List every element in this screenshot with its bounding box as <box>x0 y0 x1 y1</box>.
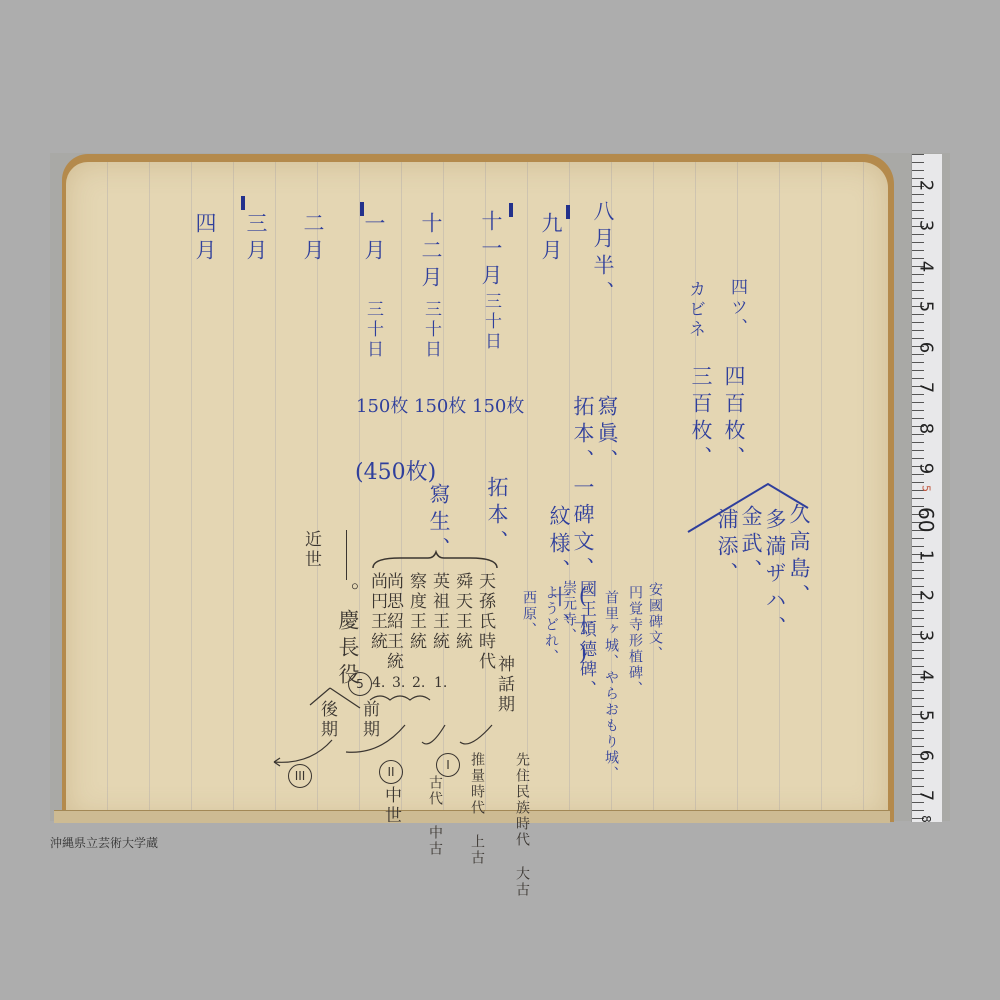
place-sogenji: 崇元寺、 <box>562 580 576 644</box>
dynasty-brace-top <box>370 550 500 570</box>
ruler-tick: 3 <box>916 216 937 236</box>
period-3-badge: III <box>288 764 312 788</box>
ruler-tick: 9 <box>916 459 937 479</box>
place-nishihara: 西原、 <box>522 590 536 638</box>
month-august: 八月半、 <box>592 200 613 308</box>
month-november: 十一月 <box>480 210 501 291</box>
ruler-tick: 8 <box>916 419 937 439</box>
ruler-tick: 7 <box>916 378 937 398</box>
kinsei-label: 近世 <box>302 530 319 570</box>
period-suiryo-label: 推量時代 上古 <box>470 752 484 866</box>
ruler-tick: 4 <box>916 666 937 686</box>
dynasty-satto: 察度王統 <box>407 572 424 652</box>
castles: 首里ヶ城、やらおもり城、 <box>604 590 618 782</box>
ruler-tick: 4 <box>916 257 937 277</box>
count-four: 四ツ、 <box>728 278 745 338</box>
early-period: 前期 <box>360 700 377 740</box>
total-count: (450枚) <box>355 455 436 486</box>
ruler-tick: 2 <box>916 176 937 196</box>
ruler-red-marker: 5 <box>920 479 933 499</box>
place-kin: 金武、 <box>740 505 761 586</box>
month-december: 十二月 <box>420 212 441 293</box>
month-march: 三月 <box>245 212 266 266</box>
dynasty-tenson: 天孫氏時代 <box>476 572 493 672</box>
ruler-tick: 3 <box>916 626 937 646</box>
ruler-tick: 8 <box>919 809 933 829</box>
days-january: 三十日 <box>364 300 381 360</box>
count-november: 150枚 <box>472 392 524 418</box>
takuhon-label: 拓本、 <box>486 476 507 557</box>
count-four-hundred: 四百枚、 <box>723 365 744 473</box>
period-1-label: 古代 中古 <box>428 775 442 857</box>
place-urasoe: 浦添、 <box>716 508 737 589</box>
ruler-tick: 6 <box>916 746 937 766</box>
days-december: 三十日 <box>422 300 439 360</box>
period-2-badge: II <box>379 760 403 784</box>
period-1-badge: I <box>436 753 460 777</box>
place-yodore: ようどれ、 <box>544 585 558 665</box>
ruler-tick: 1 <box>916 546 937 566</box>
film-kabine: カビネ <box>686 280 703 340</box>
dynasty-eiso: 英祖王統 <box>430 572 447 652</box>
ruler-tick: 60 <box>914 507 938 527</box>
ruler-tick: 5 <box>916 297 937 317</box>
days-november: 三十日 <box>482 292 499 352</box>
dynasty-shunten: 舜天王統 <box>453 572 470 652</box>
late-period: 後期 <box>318 700 335 740</box>
ruler-tick: 7 <box>916 786 937 806</box>
dynasty-shoen: 尚円王統 <box>368 572 385 652</box>
ruler-tick: 6 <box>916 338 937 358</box>
film-count: 三百枚、 <box>690 365 711 473</box>
month-september: 九月 <box>540 212 561 266</box>
island-tamanzaha: 多満ザハ、 <box>764 508 785 643</box>
island-kudaka: 久高島、 <box>788 503 809 611</box>
count-december: 150枚 <box>414 392 466 418</box>
enkakuji-stele: 円覚寺形植碑、 <box>628 585 642 697</box>
mark-september <box>566 205 570 219</box>
ruler-tick: 5 <box>916 706 937 726</box>
kings-virtue-stele: 國王頌德碑、 <box>577 580 594 700</box>
month-february: 二月 <box>302 212 323 266</box>
photo-label: 寫眞、 <box>596 395 617 476</box>
month-april: 四月 <box>194 212 215 266</box>
kinsei-line <box>346 530 347 580</box>
period-senju-label: 先住民族時代 大古 <box>515 752 529 898</box>
ruler-tick: 2 <box>916 586 937 606</box>
collection-credit: 沖縄県立芸術大学蔵 <box>50 834 158 851</box>
count-january: 150枚 <box>356 392 408 418</box>
month-january: 一月 <box>363 212 384 266</box>
mark-november <box>509 203 513 217</box>
period-2-label: 中世 <box>382 786 399 826</box>
mark-march <box>241 196 245 210</box>
ankoku-stele: 安國碑文、 <box>648 582 662 662</box>
